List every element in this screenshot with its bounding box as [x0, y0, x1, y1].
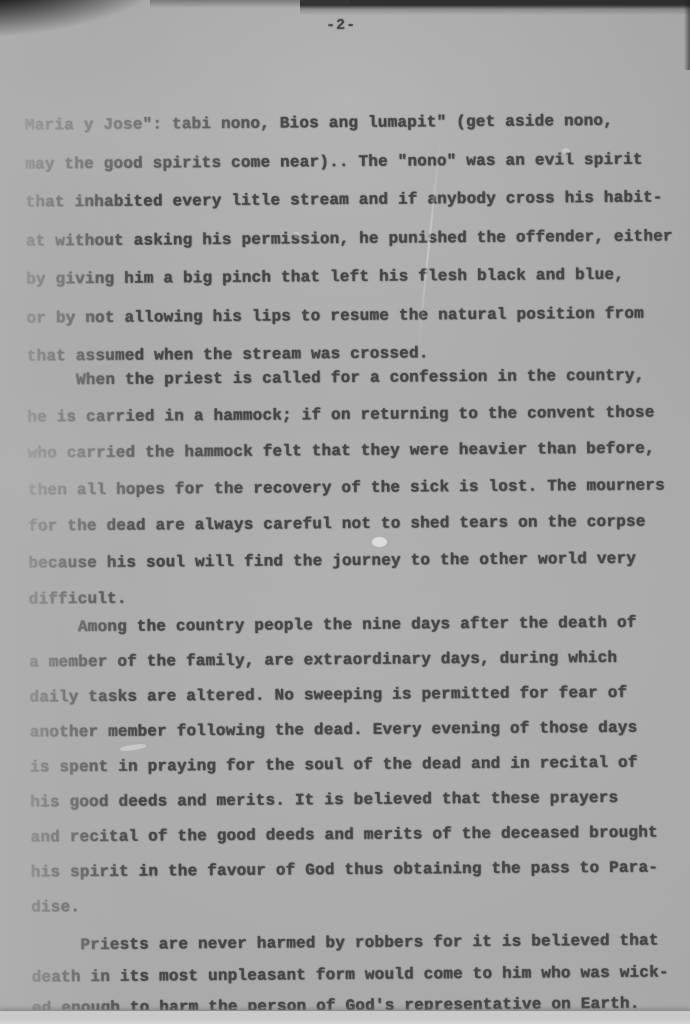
paragraph-priest-hammock: When the priest is called for a confessi… [27, 357, 677, 618]
paragraph-priests-robbers: Priests are never harmed by robbers for … [31, 925, 680, 1024]
scanned-document-page: -2- Maria y Jose": tabi nono, Bios ang l… [0, 0, 690, 1024]
paragraph-nine-days: Among the country people the nine days a… [29, 605, 679, 925]
page-number: -2- [0, 14, 686, 36]
paragraph-nono-spirit: Maria y Jose": tabi nono, Bios ang lumap… [25, 101, 675, 376]
typewritten-text-layer: -2- Maria y Jose": tabi nono, Bios ang l… [0, 0, 690, 1024]
